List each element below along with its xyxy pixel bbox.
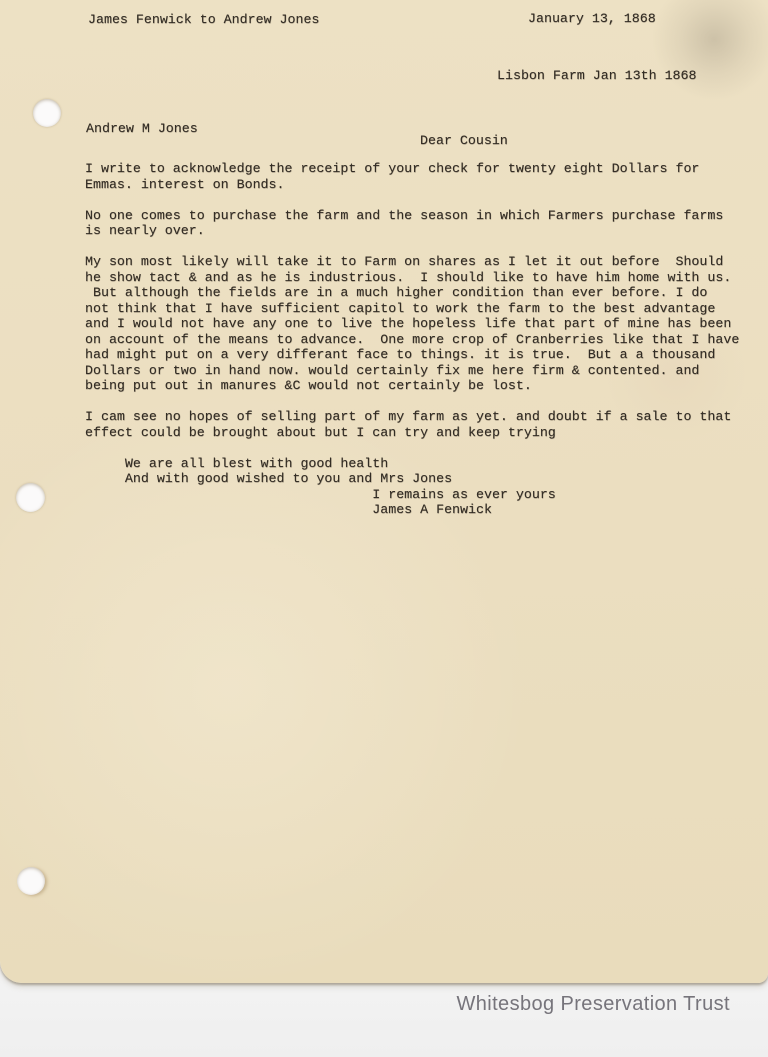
punch-hole-bottom (17, 867, 45, 895)
letter-page: James Fenwick to Andrew Jones January 13… (0, 0, 768, 983)
punch-hole-middle (16, 483, 45, 512)
watermark-text: Whitesbog Preservation Trust (456, 993, 730, 1016)
letter-dateline: Lisbon Farm Jan 13th 1868 (497, 68, 697, 84)
punch-hole-top (33, 99, 61, 127)
letter-salutation: Dear Cousin (420, 133, 508, 149)
archive-catalog-date: January 13, 1868 (528, 11, 656, 27)
letter-recipient: Andrew M Jones (86, 121, 198, 137)
letter-body: I write to acknowledge the receipt of yo… (85, 161, 739, 518)
archive-caption: James Fenwick to Andrew Jones (88, 12, 319, 28)
